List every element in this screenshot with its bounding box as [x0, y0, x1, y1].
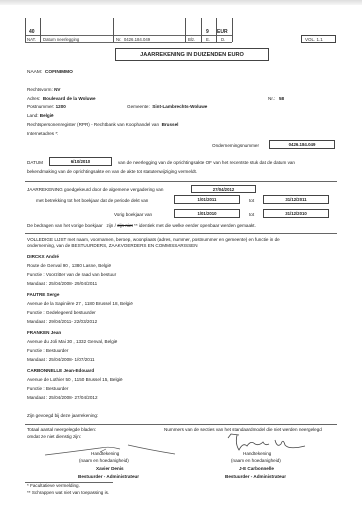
divider [25, 181, 337, 182]
gevoegd-text: Zijn gevoegd bij deze jaarrekening: [27, 413, 98, 418]
ondernemingsnummer-value: 0426.184.049 [269, 140, 335, 149]
nat-label: NAT. [27, 37, 36, 42]
lijst-intro-2: onderneming, van de BESTUURDERS, ZAAKVOE… [27, 243, 198, 248]
prev-from: 1/01/2010 [174, 209, 240, 218]
totaal-bladen: Totaal aantal neergelegde bladen: [27, 427, 96, 432]
footnote-2: ** Schrappen wat niet van toepassing is. [27, 490, 109, 495]
person-mandaat: Mandaat : 25/04/2008- 1/07/2011 [27, 357, 95, 362]
period-to: 31/12/2011 [263, 195, 329, 204]
internetadres-label: Internetadres *: [27, 131, 58, 136]
signer-name: J-E Carbonnelle [239, 466, 274, 471]
handtekening-label: Handtekening [243, 451, 271, 456]
period-label: met betrekking tot het boekjaar dat de p… [36, 198, 148, 203]
signer-name: Xavier Denis [96, 466, 124, 471]
person-functie: Functie : Gedelegeerd bestuurder [27, 310, 96, 315]
datum-neerlegging-label: Datum neerlegging [43, 37, 79, 42]
naam-hoedanigheid-label: (naam en hoedanigheid) [231, 458, 281, 463]
lijst-intro-1: VOLLEDIGE LIJST met naam, voornamen, ber… [27, 237, 280, 242]
person-name: FRANKEN Jean [27, 330, 61, 335]
land-row: Land: België [27, 113, 54, 118]
naam-hoedanigheid-label: (naam en hoedanigheid) [79, 458, 129, 463]
jaarrekening-label: JAARREKENING goedgekeurd door de algemen… [27, 187, 163, 192]
blz-label: Blz. [188, 37, 195, 42]
av-date: 27/04/2012 [191, 185, 256, 193]
d-label: D. [221, 37, 225, 42]
e-label: E. [206, 37, 210, 42]
postnummer-row: Postnummer: 1200 [27, 104, 66, 109]
d-value: EUR [217, 29, 228, 35]
prev-label: Vorig boekjaar van [114, 212, 152, 217]
gemeente-row: Gemeente: Sint-Lambrechts-Woluwe [127, 104, 207, 109]
scan-edge [0, 0, 362, 5]
datum-value: 6/10/2010 [49, 157, 112, 166]
person-address: Route de Genval 90 , 1380 Lasne, België [27, 263, 111, 268]
period-from: 1/01/2011 [174, 195, 240, 204]
person-address: Avenue de la Sapinière 27 , 1180 Brussel… [27, 301, 133, 306]
datum-text-2: bekendmaking van de oprichtingsakte en v… [27, 169, 197, 174]
datum-label: DATUM [27, 160, 43, 165]
nr-row: Nr.: 58 [268, 96, 284, 101]
ondernemingsnummer-label: Ondernemingsnummer [212, 143, 259, 148]
footnote-1: * Facultatieve vermelding. [27, 483, 80, 488]
divider [25, 233, 337, 234]
signer-role: Bestuurder - Administrateur [225, 474, 286, 479]
niet-dienstig: omdat ze niet dienstig zijn: [27, 434, 81, 439]
person-mandaat: Mandaat : 25/04/2008- 29/04/2011 [27, 281, 97, 286]
signer-role: Bestuurder - Administrateur [78, 474, 139, 479]
signature-left-icon [40, 440, 190, 460]
person-address: Avenue de Lothier 50 , 1150 Brussel 15, … [27, 377, 123, 382]
datum-text-1: van de neerlegging van de oprichtingsakt… [118, 160, 295, 165]
person-name: FAUTRE Serge [27, 292, 59, 297]
tot-label-2: tot [249, 212, 254, 217]
nat-code: 40 [29, 29, 35, 35]
person-name: CARBONNELLE Jean-Edouard [27, 368, 94, 373]
handtekening-label: Handtekening [91, 451, 119, 456]
person-name: DIRCKX André [27, 254, 59, 259]
person-functie: Functie : Bestuurder [27, 348, 68, 353]
prev-to: 31/12/2010 [263, 209, 329, 218]
person-address: Avenue du Joli Mai 30 , 1332 Genval, Bel… [27, 339, 117, 344]
bedragen-text: De bedragen van het vorige boekjaar zijn… [27, 223, 256, 228]
page-title: JAARREKENING IN DUIZENDEN EURO [115, 48, 269, 61]
person-functie: Functie : Bestuurder [27, 386, 68, 391]
adres-row: Adres: Boulevard de la Woluwe [27, 96, 96, 101]
e-value: 9 [206, 29, 209, 35]
tot-label: tot [249, 198, 254, 203]
person-functie: Functie : Voorzitter van de raad van bes… [27, 272, 116, 277]
person-mandaat: Mandaat : 29/04/2011- 22/03/2012 [27, 319, 97, 324]
divider [25, 424, 337, 425]
rpr-row: Rechtspersonenregister (RPR) - Rechtbank… [27, 122, 178, 127]
naam-row: NAAM: COFINIMMO [27, 70, 73, 75]
person-mandaat: Mandaat : 25/04/2008- 27/04/2012 [27, 395, 98, 400]
rechtsvorm-row: Rechtsvorm: NV [27, 87, 60, 92]
header-nr: Nr. 0426.184.049 [116, 37, 150, 42]
vol-label: VOL. 1.1 [301, 35, 336, 43]
